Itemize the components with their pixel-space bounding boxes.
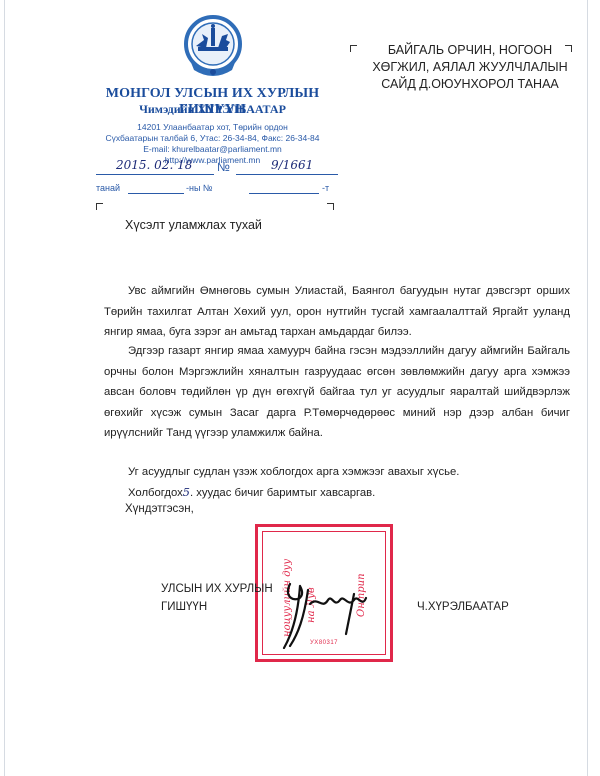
page-edge-left [4, 0, 5, 776]
signatory-name: Ч.ХҮРЭЛБААТАР [417, 601, 509, 613]
reply-suffix: -т [322, 183, 329, 193]
reply-date-underline [128, 193, 184, 194]
letterhead-member-name: Чимэдийн ХҮРЭЛБААТАР [90, 102, 335, 117]
reply-prefix: танай [96, 183, 120, 193]
letterhead-address-line2: Сүхбаатарын талбай 6, Утас: 26-34-84, Фа… [90, 133, 335, 143]
page-edge-right [587, 0, 588, 776]
signatory-title-line2: ГИШҮҮН [161, 601, 207, 613]
date-underline [96, 174, 214, 175]
number-label: № [217, 160, 230, 174]
letterhead-email: E-mail: khurelbaatar@parliament.mn [90, 144, 335, 154]
body-paragraph-3: Уг асуудлыг судлан үзэж хоблогдох арга х… [128, 462, 568, 483]
body-paragraph-2: Эдгээр газарт янгир ямаа хамуурч байна г… [104, 341, 570, 444]
attachment-page-count: 5 [183, 486, 190, 499]
letter-number: 9/1661 [271, 158, 313, 172]
reply-number-underline [249, 193, 319, 194]
letter-subject: Хүсэлт уламжлах тухай [125, 218, 262, 232]
attachment-suffix: . хуудас бичиг баримтыг хавсаргав. [190, 487, 375, 499]
reply-reference-row: танай -ны № -т [96, 181, 341, 197]
addressee-line2: ХӨГЖИЛ, АЯЛАЛ ЖУУЛЧЛАЛЫН [355, 59, 585, 76]
body-paragraph-1: Увс аймгийн Өмнөговь сумын Улиастай, Бая… [104, 281, 570, 343]
number-underline [236, 174, 338, 175]
letterhead-address-line1: 14201 Улаанбаатар хот, Төрийн ордон [90, 122, 335, 132]
reply-mid: -ны № [186, 183, 213, 193]
corner-mark-top-left [96, 203, 103, 210]
signature-mark [270, 574, 380, 649]
addressee-line1: БАЙГАЛЬ ОРЧИН, НОГООН [355, 42, 585, 59]
state-emblem-icon [182, 14, 244, 80]
corner-mark-top-right [327, 203, 334, 210]
letter-date: 2015. 02. 18 [116, 158, 192, 172]
closing-salutation: Хүндэтгэсэн, [125, 503, 194, 515]
reference-date-number-row: 2015. 02. 18 № 9/1661 [96, 158, 341, 178]
addressee-block: БАЙГАЛЬ ОРЧИН, НОГООН ХӨГЖИЛ, АЯЛАЛ ЖУУЛ… [355, 42, 585, 93]
signatory-title-line1: УЛСЫН ИХ ХУРЛЫН [161, 583, 273, 595]
body-paragraph-4: Холбогдох5. хуудас бичиг баримтыг хавсар… [128, 483, 568, 504]
attachment-prefix: Холбогдох [128, 487, 183, 499]
addressee-line3: САЙД Д.ОЮУНХОРОЛ ТАНАА [355, 76, 585, 93]
